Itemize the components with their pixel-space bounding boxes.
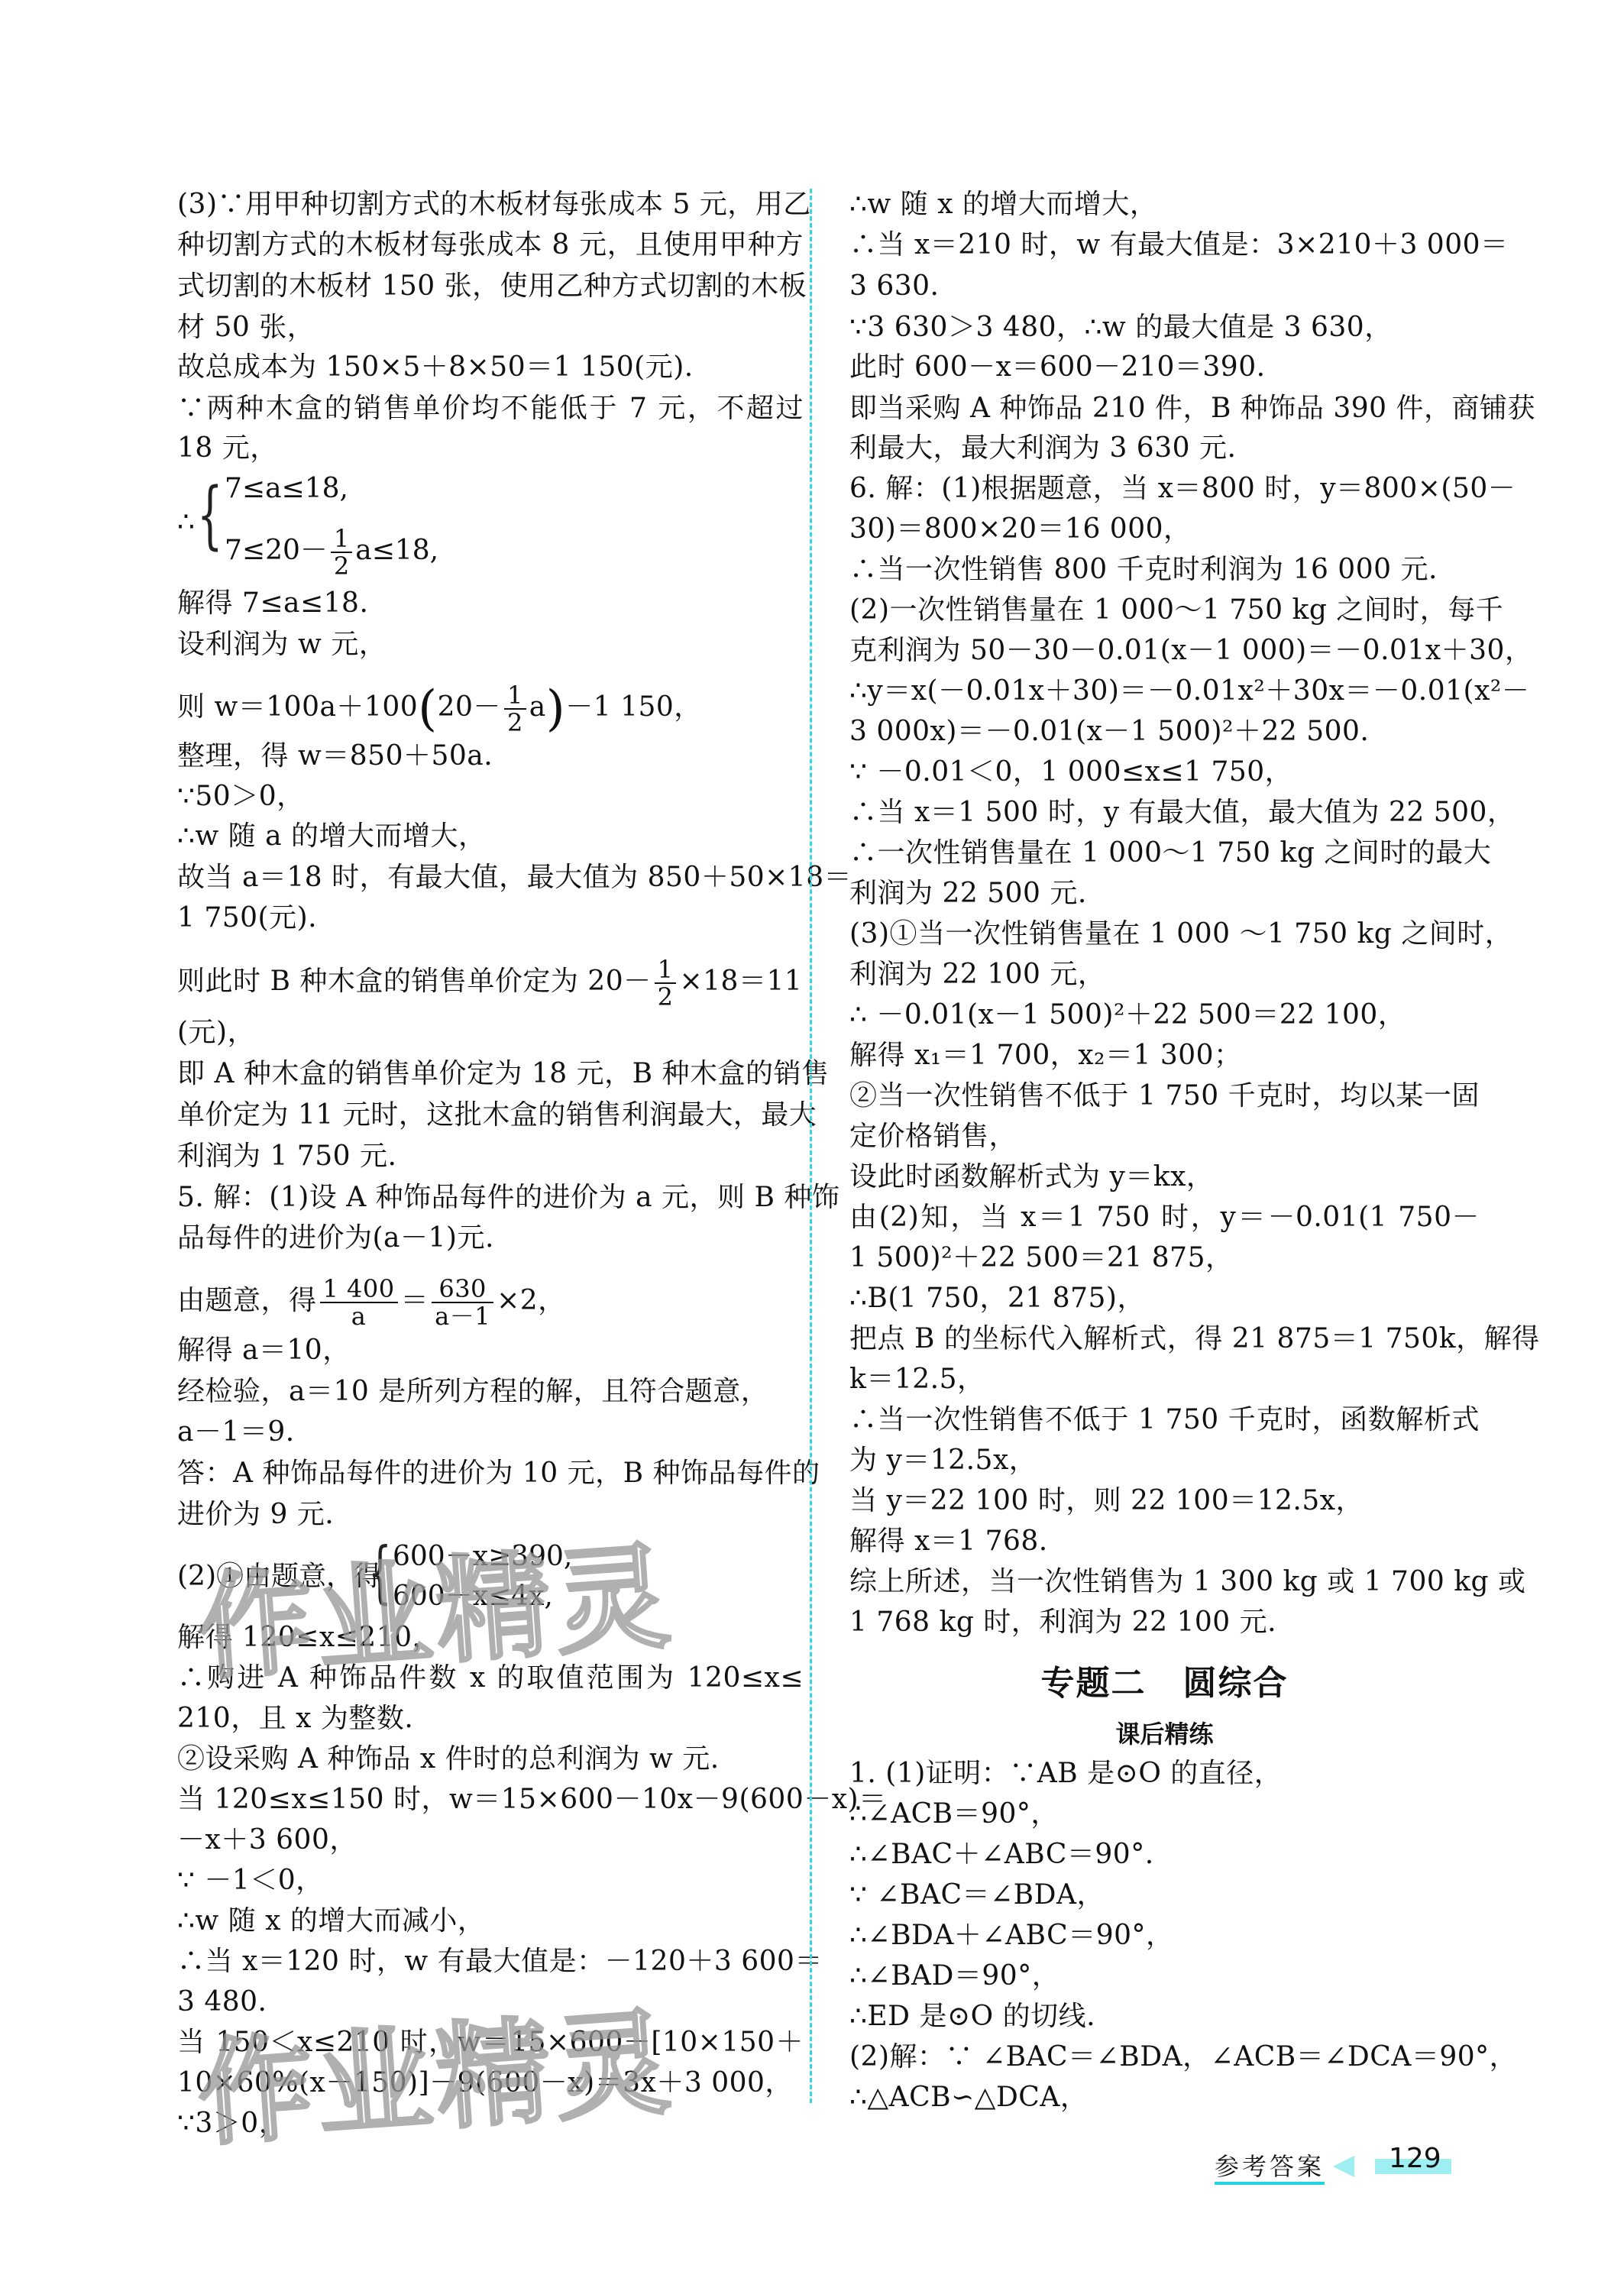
text-line: ∵50＞0， (177, 780, 305, 814)
text-line: 解得 7≤a≤18. (177, 587, 368, 620)
text-line: 即 A 种木盒的销售单价定为 18 元，B 种木盒的销售 (177, 1057, 804, 1091)
column-divider (810, 189, 812, 2103)
answer-key-page: (3)∵用甲种切割方式的木板材每张成本 5 元，用乙 种切割方式的木板材每张成本… (0, 0, 1624, 2278)
question-6-line: 6. 解：(1)根据题意，当 x＝800 时，y＝800×(50－ (849, 472, 1480, 506)
question-5-line: 5. 解：(1)设 A 种饰品每件的进价为 a 元，则 B 种饰 (177, 1181, 804, 1215)
text-line: ∴∠ACB＝90°， (849, 1797, 1059, 1831)
text-line: 3 480. (177, 1985, 267, 2019)
text-line: 解得 x＝1 768. (849, 1525, 1048, 1558)
text-line: ②设采购 A 种饰品 x 件时的总利润为 w 元. (177, 1742, 720, 1776)
therefore-symbol: ∴ (177, 506, 195, 539)
text-line: ∵3＞0， (177, 2107, 286, 2140)
text-line: ∴当 x＝210 时，w 有最大值是：3×210＋3 000＝ (849, 228, 1480, 262)
text-line: 解得 x₁＝1 700，x₂＝1 300； (849, 1039, 1242, 1073)
text-line: 材 50 张， (177, 311, 315, 345)
inequality-row: 7≤a≤18, (225, 472, 348, 506)
text-line: ∵两种木盒的销售单价均不能低于 7 元，不超过 (177, 392, 804, 426)
text-line: 整理，得 w＝850＋50a. (177, 739, 493, 773)
text-line: ∴一次性销售量在 1 000～1 750 kg 之间时的最大 (849, 836, 1480, 870)
text-line: 式切割的木板材 150 张，使用乙种方式切割的木板 (177, 270, 804, 303)
text-line: (2)一次性销售量在 1 000～1 750 kg 之间时，每千 (849, 594, 1480, 627)
brace-icon: { (197, 478, 223, 552)
inequality-row: 600－x≤4x, (393, 1580, 553, 1613)
text-line: 3 000x)＝－0.01(x－1 500)²＋22 500. (849, 715, 1369, 749)
text-line: 由(2)知，当 x＝1 750 时，y＝－0.01(1 750－ (849, 1201, 1480, 1234)
section-title: 专题二圆综合 (849, 1664, 1480, 1704)
text-line: ∴当 x＝120 时，w 有最大值是：－120＋3 600＝ (177, 1945, 804, 1979)
fraction: 1 400a (320, 1276, 398, 1329)
text-line: 定价格销售， (849, 1120, 1017, 1154)
text-line: 故当 a＝18 时，有最大值，最大值为 850＋50×18＝ (177, 861, 804, 895)
text-line: 解得 120≤x≤210， (177, 1621, 440, 1655)
text-line: ∴购进 A 种饰品件数 x 的取值范围为 120≤x≤ (177, 1662, 804, 1695)
text-line: ②当一次性销售不低于 1 750 千克时，均以某一固 (849, 1079, 1480, 1113)
fraction: 630a－1 (432, 1276, 493, 1329)
text-line: ∵ ∠BAC＝∠BDA， (849, 1878, 1105, 1912)
equation-line: 由题意，得1 400a＝630a－1×2， (177, 1276, 566, 1329)
text-line: 210，且 x 为整数. (177, 1702, 413, 1736)
text-line: 利润为 1 750 元. (177, 1140, 396, 1173)
fraction: 12 (331, 526, 352, 579)
text-line: 为 y＝12.5x， (849, 1444, 1037, 1477)
brace-icon: { (368, 1535, 392, 1609)
text-line: k＝12.5， (849, 1363, 985, 1396)
text-line: ∴w 随 x 的增大而减小， (177, 1904, 485, 1938)
text-line: －x＋3 600， (177, 1823, 357, 1857)
text-line: ∵3 630＞3 480，∴w 的最大值是 3 630， (849, 311, 1393, 345)
text-line: ∴y＝x(－0.01x＋30)＝－0.01x²＋30x＝－0.01(x²－ (849, 675, 1480, 708)
text-line: 18 元， (177, 432, 278, 465)
text-line: 3 630. (849, 270, 940, 303)
text-line: 把点 B 的坐标代入解析式，得 21 875＝1 750k，解得 (849, 1322, 1480, 1356)
inequality-row: 7≤20－12a≤18, (225, 526, 438, 579)
text-line: 种切割方式的木板材每张成本 8 元，且使用甲种方 (177, 228, 804, 262)
text-line: ∴当一次性销售 800 千克时利润为 16 000 元. (849, 553, 1438, 587)
text-line: ∴△ACB∽△DCA， (849, 2081, 1088, 2115)
inequality-system: (2)①由题意，得 { 600－x≥390, 600－x≤4x, (177, 1540, 712, 1616)
text-line: 利润为 22 500 元. (849, 877, 1087, 911)
text-line: 答：A 种饰品每件的进价为 10 元，B 种饰品每件的 (177, 1457, 804, 1490)
text-line: 利润为 22 100 元， (849, 958, 1105, 992)
equation-line: 则此时 B 种木盒的销售单价定为 20－12×18＝11 (177, 956, 804, 1010)
text-line: 10×60%(x－150)]－9(600－x)＝3x＋3 000， (177, 2066, 793, 2100)
text-line: 经检验，a＝10 是所列方程的解，且符合题意， (177, 1375, 768, 1409)
fraction: 12 (655, 956, 677, 1010)
text-line: 当 120≤x≤150 时，w＝15×600－10x－9(600－x)＝ (177, 1783, 804, 1817)
text-line: 1 500)²＋22 500＝21 875， (849, 1241, 1233, 1275)
page-number: 129 (1389, 2145, 1441, 2173)
text-line: 当 150＜x≤210 时，w＝15×600－[10×150＋ (177, 2026, 804, 2060)
sub-title: 课后精练 (849, 1719, 1480, 1749)
text-line: 单价定为 11 元时，这批木盒的销售利润最大，最大 (177, 1099, 804, 1132)
text-line: ∴∠BAC＋∠ABC＝90°. (849, 1838, 1154, 1872)
text-line: ∴w 随 x 的增大而增大， (849, 188, 1157, 222)
left-arrow-icon (1333, 2156, 1354, 2177)
text-line: 设此时函数解析式为 y＝kx， (849, 1160, 1214, 1194)
inequality-system: ∴ { 7≤a≤18, 7≤20－12a≤18, (177, 472, 636, 571)
text-line: ∴w 随 a 的增大而增大， (177, 820, 487, 853)
text-line: ∴ －0.01(x－1 500)²＋22 500＝22 100， (849, 998, 1406, 1032)
text-line: ∵ －1＜0， (177, 1864, 324, 1898)
text-line: 30)＝800×20＝16 000， (849, 513, 1192, 546)
text-line: ∴当 x＝1 500 时，y 有最大值，最大值为 22 500， (849, 796, 1515, 830)
text-line: ∴∠BDA＋∠ABC＝90°， (849, 1919, 1174, 1953)
text-line: ∴当一次性销售不低于 1 750 千克时，函数解析式 (849, 1403, 1480, 1437)
text-line: (3)①当一次性销售量在 1 000 ～1 750 kg 之间时， (849, 917, 1480, 951)
text-line: ∵ －0.01＜0，1 000≤x≤1 750， (849, 756, 1292, 789)
text-line: 即当采购 A 种饰品 210 件，B 种饰品 390 件，商铺获 (849, 392, 1480, 426)
text-line: 1 768 kg 时，利润为 22 100 元. (849, 1606, 1276, 1639)
text-line: 解得 a＝10， (177, 1334, 351, 1367)
text-line: 进价为 9 元. (177, 1498, 334, 1532)
text-line: ∴∠BAD＝90°， (849, 1959, 1059, 1993)
text-line: ∴B(1 750，21 875)， (849, 1282, 1145, 1315)
text-line: 利最大，最大利润为 3 630 元. (849, 432, 1236, 465)
text-line: 当 y＝22 100 时，则 22 100＝12.5x， (849, 1484, 1364, 1518)
text-line: 1 750(元). (177, 901, 317, 935)
fraction: 12 (504, 682, 526, 736)
equation-line: 则 w＝100a＋100(20－12a)－1 150， (177, 682, 702, 736)
text-line: ∴ED 是⊙O 的切线. (849, 2000, 1095, 2034)
text-line: (元)， (177, 1016, 255, 1050)
inequality-row: 600－x≥390, (393, 1540, 572, 1574)
text-line: (2)解：∵ ∠BAC＝∠BDA，∠ACB＝∠DCA＝90°， (849, 2040, 1517, 2074)
text-line: a－1＝9. (177, 1416, 295, 1449)
text-line: 品每件的进价为(a－1)元. (177, 1222, 494, 1255)
text-line: 此时 600－x＝600－210＝390. (849, 351, 1266, 384)
text-line: 设利润为 w 元， (177, 628, 387, 662)
text-line: 克利润为 50－30－0.01(x－1 000)＝－0.01x＋30， (849, 634, 1480, 668)
text-line: 综上所述，当一次性销售为 1 300 kg 或 1 700 kg 或 (849, 1565, 1480, 1599)
text-line: 故总成本为 150×5＋8×50＝1 150(元). (177, 351, 694, 384)
question-1-line: 1. (1)证明：∵AB 是⊙O 的直径， (849, 1757, 1282, 1791)
text-line: (3)∵用甲种切割方式的木板材每张成本 5 元，用乙 (177, 188, 804, 222)
footer-label: 参考答案 (1215, 2153, 1325, 2185)
